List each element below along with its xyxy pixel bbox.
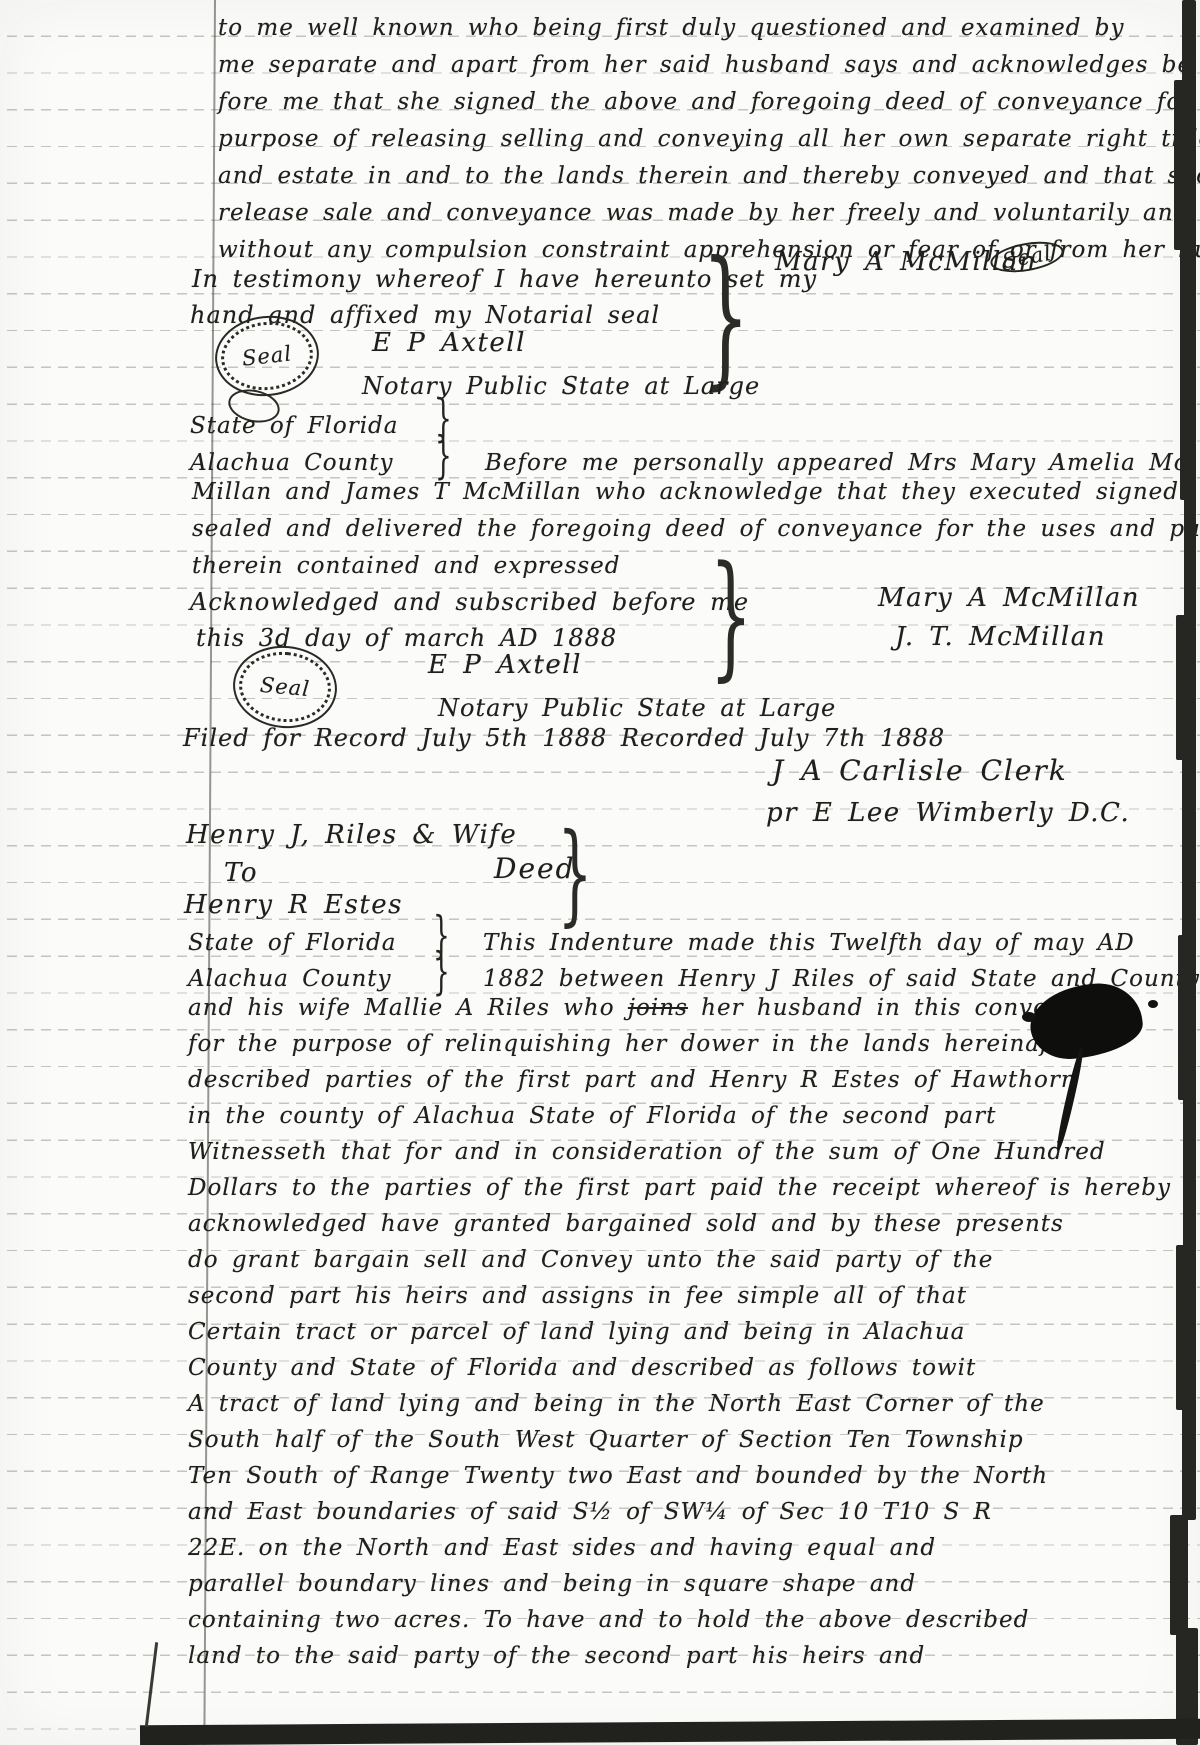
scanned-deed-page: to me well known who being first duly qu…	[0, 0, 1200, 1745]
filed-for-record-line: Filed for Record July 5th 1888 Recorded …	[183, 724, 945, 752]
ink-blot-droplet	[1148, 1000, 1158, 1008]
handwriting-line: Certain tract or parcel of land lying an…	[188, 1314, 1171, 1350]
deed-opening-line-1: This Indenture made this Twelfth day of …	[483, 930, 1135, 956]
handwriting-line: fore me that she signed the above and fo…	[218, 84, 1200, 121]
clerk-signature: J A Carlisle Clerk	[772, 754, 1068, 787]
handwriting-line: County and State of Florida and describe…	[188, 1350, 1171, 1386]
handwriting-line: in the county of Alachua State of Florid…	[188, 1098, 1171, 1134]
handwriting-line: release sale and conveyance was made by …	[218, 195, 1200, 232]
ack2-body: Millan and James T McMillan who acknowle…	[192, 474, 1200, 585]
binding-edge-segment	[1178, 935, 1196, 1100]
appeared-line: Before me personally appeared Mrs Mary A…	[485, 450, 1188, 476]
brace-deed-county: }	[433, 951, 463, 992]
handwriting-line: South half of the South West Quarter of …	[188, 1422, 1171, 1458]
binding-edge-segment	[1182, 755, 1196, 940]
deputy-clerk-signature: pr E Lee Wimberly D.C.	[766, 798, 1130, 828]
handwriting-line: described parties of the first part and …	[188, 1062, 1171, 1098]
wife-line-struck-word: joins	[628, 995, 688, 1021]
grantor-signature-3: J. T. McMillan	[895, 622, 1106, 652]
handwriting-line: containing two acres. To have and to hol…	[188, 1602, 1171, 1638]
notary-seal-stamp-2: Seal	[230, 642, 341, 733]
brace-county: }	[435, 434, 465, 477]
brace-deed-caption: }	[558, 818, 593, 928]
notary-title-2: Notary Public State at Large	[438, 694, 836, 722]
wife-line-pre: and his wife Mallie A Riles who	[188, 995, 628, 1021]
notary-signature: E P Axtell	[372, 328, 526, 358]
handwriting-line: purpose of releasing selling and conveyi…	[218, 121, 1200, 158]
binding-edge-segment	[1184, 495, 1196, 620]
scan-bottom-edge	[140, 1719, 1200, 1745]
binding-edge-segment	[1180, 245, 1196, 500]
handwriting-line: to me well known who being first duly qu…	[218, 10, 1200, 47]
subscribed-line: Acknowledged and subscribed before me	[190, 588, 749, 616]
binding-edge-segment	[1182, 1405, 1196, 1520]
handwriting-line: do grant bargain sell and Convey unto th…	[188, 1242, 1171, 1278]
brace-acknowledgment: }	[709, 548, 752, 683]
deed-grantee-caption: Henry R Estes	[184, 890, 403, 920]
ink-blot-droplet	[1022, 1012, 1036, 1022]
handwriting-line: therein contained and expressed	[192, 548, 1200, 585]
handwriting-line: and estate in and to the lands therein a…	[218, 158, 1200, 195]
deed-to-label: To	[224, 858, 258, 888]
handwriting-line: land to the said party of the second par…	[188, 1638, 1171, 1674]
binding-edge-segment	[1174, 80, 1196, 250]
handwriting-line: sealed and delivered the foregoing deed …	[192, 511, 1200, 548]
handwriting-line: and East boundaries of said S½ of SW¼ of…	[188, 1494, 1171, 1530]
binding-edge-segment	[1170, 1515, 1188, 1635]
date-line: this 3d day of march AD 1888	[196, 624, 617, 652]
notary-seal-label: Seal	[241, 341, 293, 370]
scan-artifact-stroke	[145, 1642, 158, 1727]
notary-seal-label-2: Seal	[259, 673, 311, 701]
binding-edge-segment	[1176, 615, 1196, 760]
handwriting-line: parallel boundary lines and being in squ…	[188, 1566, 1171, 1602]
handwriting-line: for the purpose of relinquishing her dow…	[188, 1026, 1171, 1062]
handwriting-line: second part his heirs and assigns in fee…	[188, 1278, 1171, 1314]
deed-grantor-caption: Henry J, Riles & Wife	[186, 820, 517, 850]
brace-testimony: }	[702, 242, 750, 392]
binding-edge-segment	[1183, 1095, 1196, 1250]
binding-edge-segment	[1176, 1245, 1196, 1410]
deed-body: for the purpose of relinquishing her dow…	[188, 1026, 1171, 1674]
handwriting-line: Witnesseth that for and in consideration…	[188, 1134, 1171, 1170]
handwriting-line: me separate and apart from her said husb…	[218, 47, 1200, 84]
notary-signature-2: E P Axtell	[428, 650, 582, 680]
handwriting-line: Millan and James T McMillan who acknowle…	[192, 474, 1200, 511]
grantor-signature-2: Mary A McMillan	[878, 583, 1140, 613]
ack2-block: State of Florida} Alachua County}Before …	[190, 400, 1188, 474]
handwriting-line: 22E. on the North and East sides and hav…	[188, 1530, 1171, 1566]
handwriting-line: Ten South of Range Twenty two East and b…	[188, 1458, 1171, 1494]
notary-title: Notary Public State at Large	[362, 372, 760, 400]
handwriting-line: Dollars to the parties of the first part…	[188, 1170, 1171, 1206]
handwriting-line: acknowledged have granted bargained sold…	[188, 1206, 1171, 1242]
handwriting-line: A tract of land lying and being in the N…	[188, 1386, 1171, 1422]
